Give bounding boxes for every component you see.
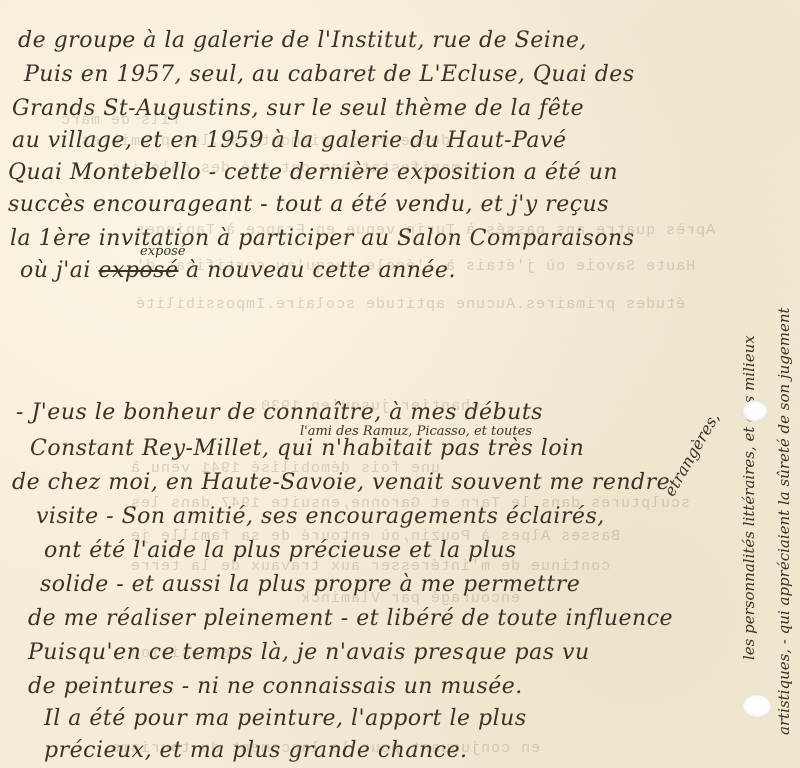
- letter-page: fils de marc descendance piémontaise.les…: [0, 0, 800, 768]
- handwritten-line: ont été l'aide la plus précieuse et la p…: [44, 538, 517, 563]
- margin-note-vertical: les personnalités littéraires, et des mi…: [740, 335, 758, 660]
- punch-hole: [742, 694, 772, 718]
- handwritten-line: Puis en 1957, seul, au cabaret de L'Eclu…: [24, 62, 635, 87]
- handwritten-line: de me réaliser pleinement - et libéré de…: [28, 606, 673, 631]
- line-text: où j'ai: [20, 258, 98, 283]
- handwritten-line: visite - Son amitié, ses encouragements …: [36, 504, 605, 529]
- bleed-line: études primaires.Aucune aptitude scolair…: [135, 296, 685, 313]
- handwritten-line: au village, et en 1959 à la galerie du H…: [12, 128, 566, 153]
- handwritten-line: succès encourageant - tout a été vendu, …: [8, 192, 609, 217]
- handwritten-line: Quai Montebello - cette dernière exposit…: [8, 160, 618, 185]
- handwritten-line: la 1ère invitation à participer au Salon…: [10, 226, 635, 251]
- handwritten-line: de chez moi, en Haute-Savoie, venait sou…: [12, 470, 670, 495]
- margin-note-vertical: artistiques, - qui appréciaient la sûret…: [775, 307, 793, 735]
- handwritten-line: Puisqu'en ce temps là, je n'avais presqu…: [28, 640, 590, 665]
- struck-word: exposé: [98, 258, 178, 283]
- line-text: à nouveau cette année.: [179, 258, 456, 283]
- handwritten-line: - J'eus le bonheur de connaître, à mes d…: [16, 400, 543, 425]
- handwritten-line: Il a été pour ma peinture, l'apport le p…: [44, 706, 527, 731]
- punch-hole: [742, 400, 768, 422]
- handwritten-line: de groupe à la galerie de l'Institut, ru…: [18, 28, 587, 53]
- handwritten-line: où j'ai exposé à nouveau cette année.: [20, 258, 456, 283]
- handwritten-line: précieux, et ma plus grande chance.: [44, 738, 468, 763]
- handwritten-line: Grands St-Augustins, sur le seul thème d…: [12, 96, 584, 121]
- handwritten-line: de peintures - ni ne connaissais un musé…: [28, 674, 523, 699]
- inserted-word: exposé: [140, 244, 186, 259]
- handwritten-line: solide - et aussi la plus propre à me pe…: [40, 572, 580, 597]
- margin-note-diagonal: etrangères,: [660, 409, 723, 499]
- handwritten-line: Constant Rey-Millet, qui n'habitait pas …: [30, 436, 584, 461]
